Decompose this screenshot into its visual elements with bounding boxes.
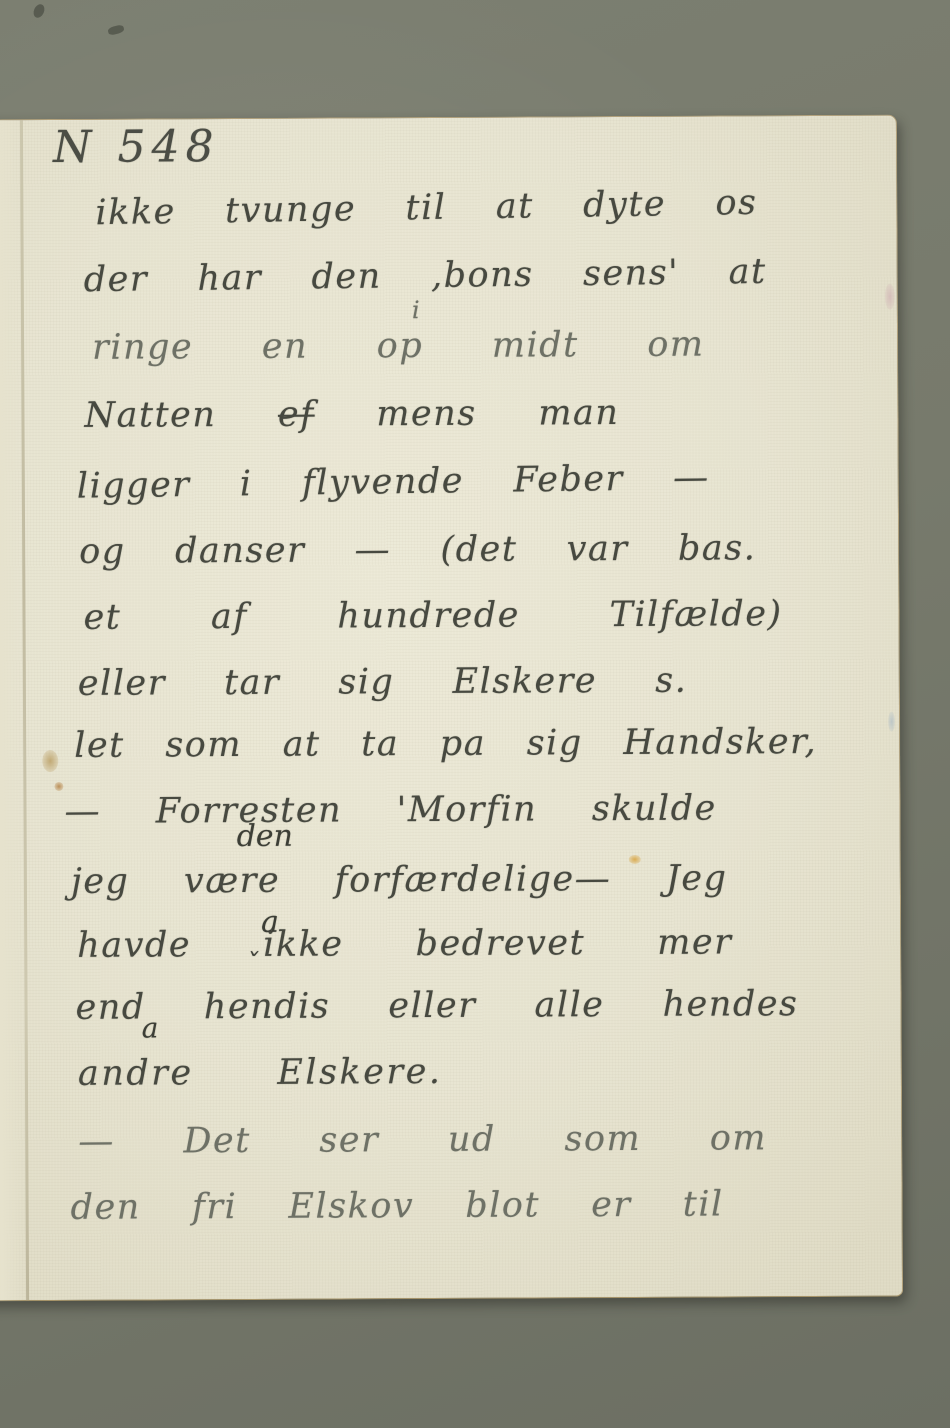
handwritten-line-6: og danser — (det var bas. [79,528,756,572]
handwritten-line-8: eller tar sig Elskere s. [78,661,688,704]
handwritten-line-4: Natten ef mens man [84,393,619,436]
paper-stain [42,750,58,772]
handwritten-line-1: ikke tvunge til at dyte os [95,183,758,233]
diacritic-mark: ˇ [245,949,258,979]
paper-stain [54,782,63,791]
line11-post: forfærdelige— Jeg [335,858,728,900]
insertion-below-word: a [261,905,279,940]
background-speck [32,3,47,20]
handwritten-line-16: den fri Elskov blot er til [71,1184,724,1227]
handwritten-line-9: let som at ta pa sig Handsker, [74,722,817,766]
paper-stain [888,712,895,732]
line11-pre: jeg være [71,861,335,902]
handwritten-line-11: jeg være forfærdelige— Jeg [71,858,728,901]
handwritten-line-3: ringe en op midt om [92,325,705,368]
line4-post: mens man [315,393,620,435]
struck-word: ef [278,395,315,435]
background-speck [107,24,125,36]
handwritten-line-10: — Forresten 'Morfin skulde [64,789,716,832]
archive-number: N 548 [53,121,220,173]
handwritten-line-15: — Det ser ud som om [78,1118,767,1162]
insertion-above-word: den [237,819,293,854]
insertion-below-word: a [142,1011,159,1044]
manuscript-page: N 548 ikke tvunge til at dyte os der har… [0,115,903,1302]
handwritten-line-14: andre Elskere. [78,1052,443,1094]
handwritten-line-13: end hendis eller alle hendes [75,984,798,1028]
paper-stain [885,284,895,310]
line4-pre: Natten [84,395,278,436]
insertion-below-word: i [412,296,420,324]
handwritten-line-2: der har den ,bons sens' at [84,252,767,300]
handwritten-line-12: havde ikke bedrevet mer [77,922,732,965]
handwritten-line-5: ligger i flyvende Feber — [77,458,710,507]
handwritten-line-7: et af hundrede Tilfælde) [83,594,782,638]
